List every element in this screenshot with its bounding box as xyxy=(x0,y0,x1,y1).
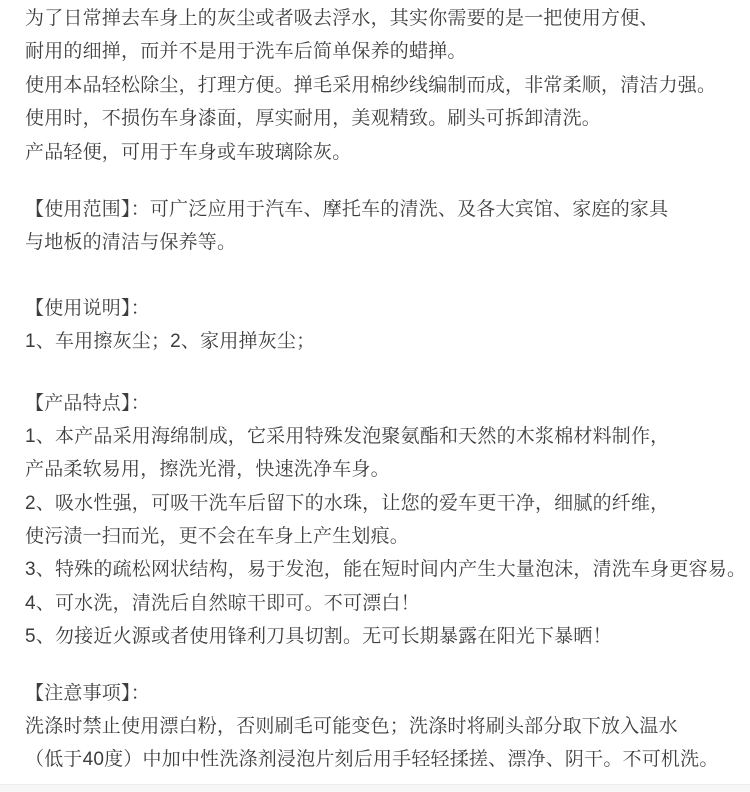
usage-scope-section: 【使用范围】：可广泛应用于汽车、摩托车的清洗、及各大宾馆、家庭的家具 与地板的清… xyxy=(25,193,728,260)
text-line: 1、本产品采用海绵制成，它采用特殊发泡聚氨酯和天然的木浆棉材料制作， xyxy=(25,420,728,453)
text-line: 使用本品轻松除尘，打理方便。掸毛采用棉纱线编制而成，非常柔顺，清洁力强。 xyxy=(25,69,728,102)
text-line: 4、可水洗，清洗后自然晾干即可。不可漂白！ xyxy=(25,587,728,620)
section-heading-line: 【产品特点】： xyxy=(25,387,728,420)
text-line: 使用时，不损伤车身漆面，厚实耐用，美观精致。刷头可拆卸清洗。 xyxy=(25,102,728,135)
product-description-page: 为了日常掸去车身上的灰尘或者吸去浮水，其实你需要的是一把使用方便、 耐用的细掸，… xyxy=(0,0,750,792)
text-line: 产品轻便，可用于车身或车玻璃除灰。 xyxy=(25,136,728,169)
product-description-text: 为了日常掸去车身上的灰尘或者吸去浮水，其实你需要的是一把使用方便、 耐用的细掸，… xyxy=(0,0,750,777)
text-line: 与地板的清洁与保养等。 xyxy=(25,226,728,259)
text-line: （低于40度）中加中性洗涤剂浸泡片刻后用手轻轻揉搓、漂净、阴干。不可机洗。 xyxy=(25,743,728,776)
text-line: 5、勿接近火源或者使用锋利刀具切割。无可长期暴露在阳光下暴晒！ xyxy=(25,620,728,653)
section-heading-line: 【使用说明】： xyxy=(25,292,728,325)
product-features-section: 【产品特点】： 1、本产品采用海绵制成，它采用特殊发泡聚氨酯和天然的木浆棉材料制… xyxy=(25,387,728,654)
text-line: 为了日常掸去车身上的灰尘或者吸去浮水，其实你需要的是一把使用方便、 xyxy=(25,2,728,35)
section-heading-line: 【使用范围】：可广泛应用于汽车、摩托车的清洗、及各大宾馆、家庭的家具 xyxy=(25,193,728,226)
text-line: 3、特殊的疏松网状结构，易于发泡，能在短时间内产生大量泡沫，清洗车身更容易。 xyxy=(25,553,728,586)
footer-divider-strip xyxy=(0,784,750,792)
usage-instructions-section: 【使用说明】： 1、车用擦灰尘；2、家用掸灰尘； xyxy=(25,292,728,359)
intro-paragraph: 为了日常掸去车身上的灰尘或者吸去浮水，其实你需要的是一把使用方便、 耐用的细掸，… xyxy=(25,2,728,169)
section-heading-line: 【注意事项】： xyxy=(25,677,728,710)
notes-section: 【注意事项】： 洗涤时禁止使用漂白粉，否则刷毛可能变色；洗涤时将刷头部分取下放入… xyxy=(25,677,728,777)
text-line: 产品柔软易用，擦洗光滑，快速洗净车身。 xyxy=(25,453,728,486)
text-line: 耐用的细掸，而并不是用于洗车后简单保养的蜡掸。 xyxy=(25,35,728,68)
text-line: 1、车用擦灰尘；2、家用掸灰尘； xyxy=(25,325,728,358)
text-line: 2、吸水性强，可吸干洗车后留下的水珠，让您的爱车更干净，细腻的纤维， xyxy=(25,487,728,520)
text-line: 洗涤时禁止使用漂白粉，否则刷毛可能变色；洗涤时将刷头部分取下放入温水 xyxy=(25,710,728,743)
text-line: 使污渍一扫而光，更不会在车身上产生划痕。 xyxy=(25,520,728,553)
